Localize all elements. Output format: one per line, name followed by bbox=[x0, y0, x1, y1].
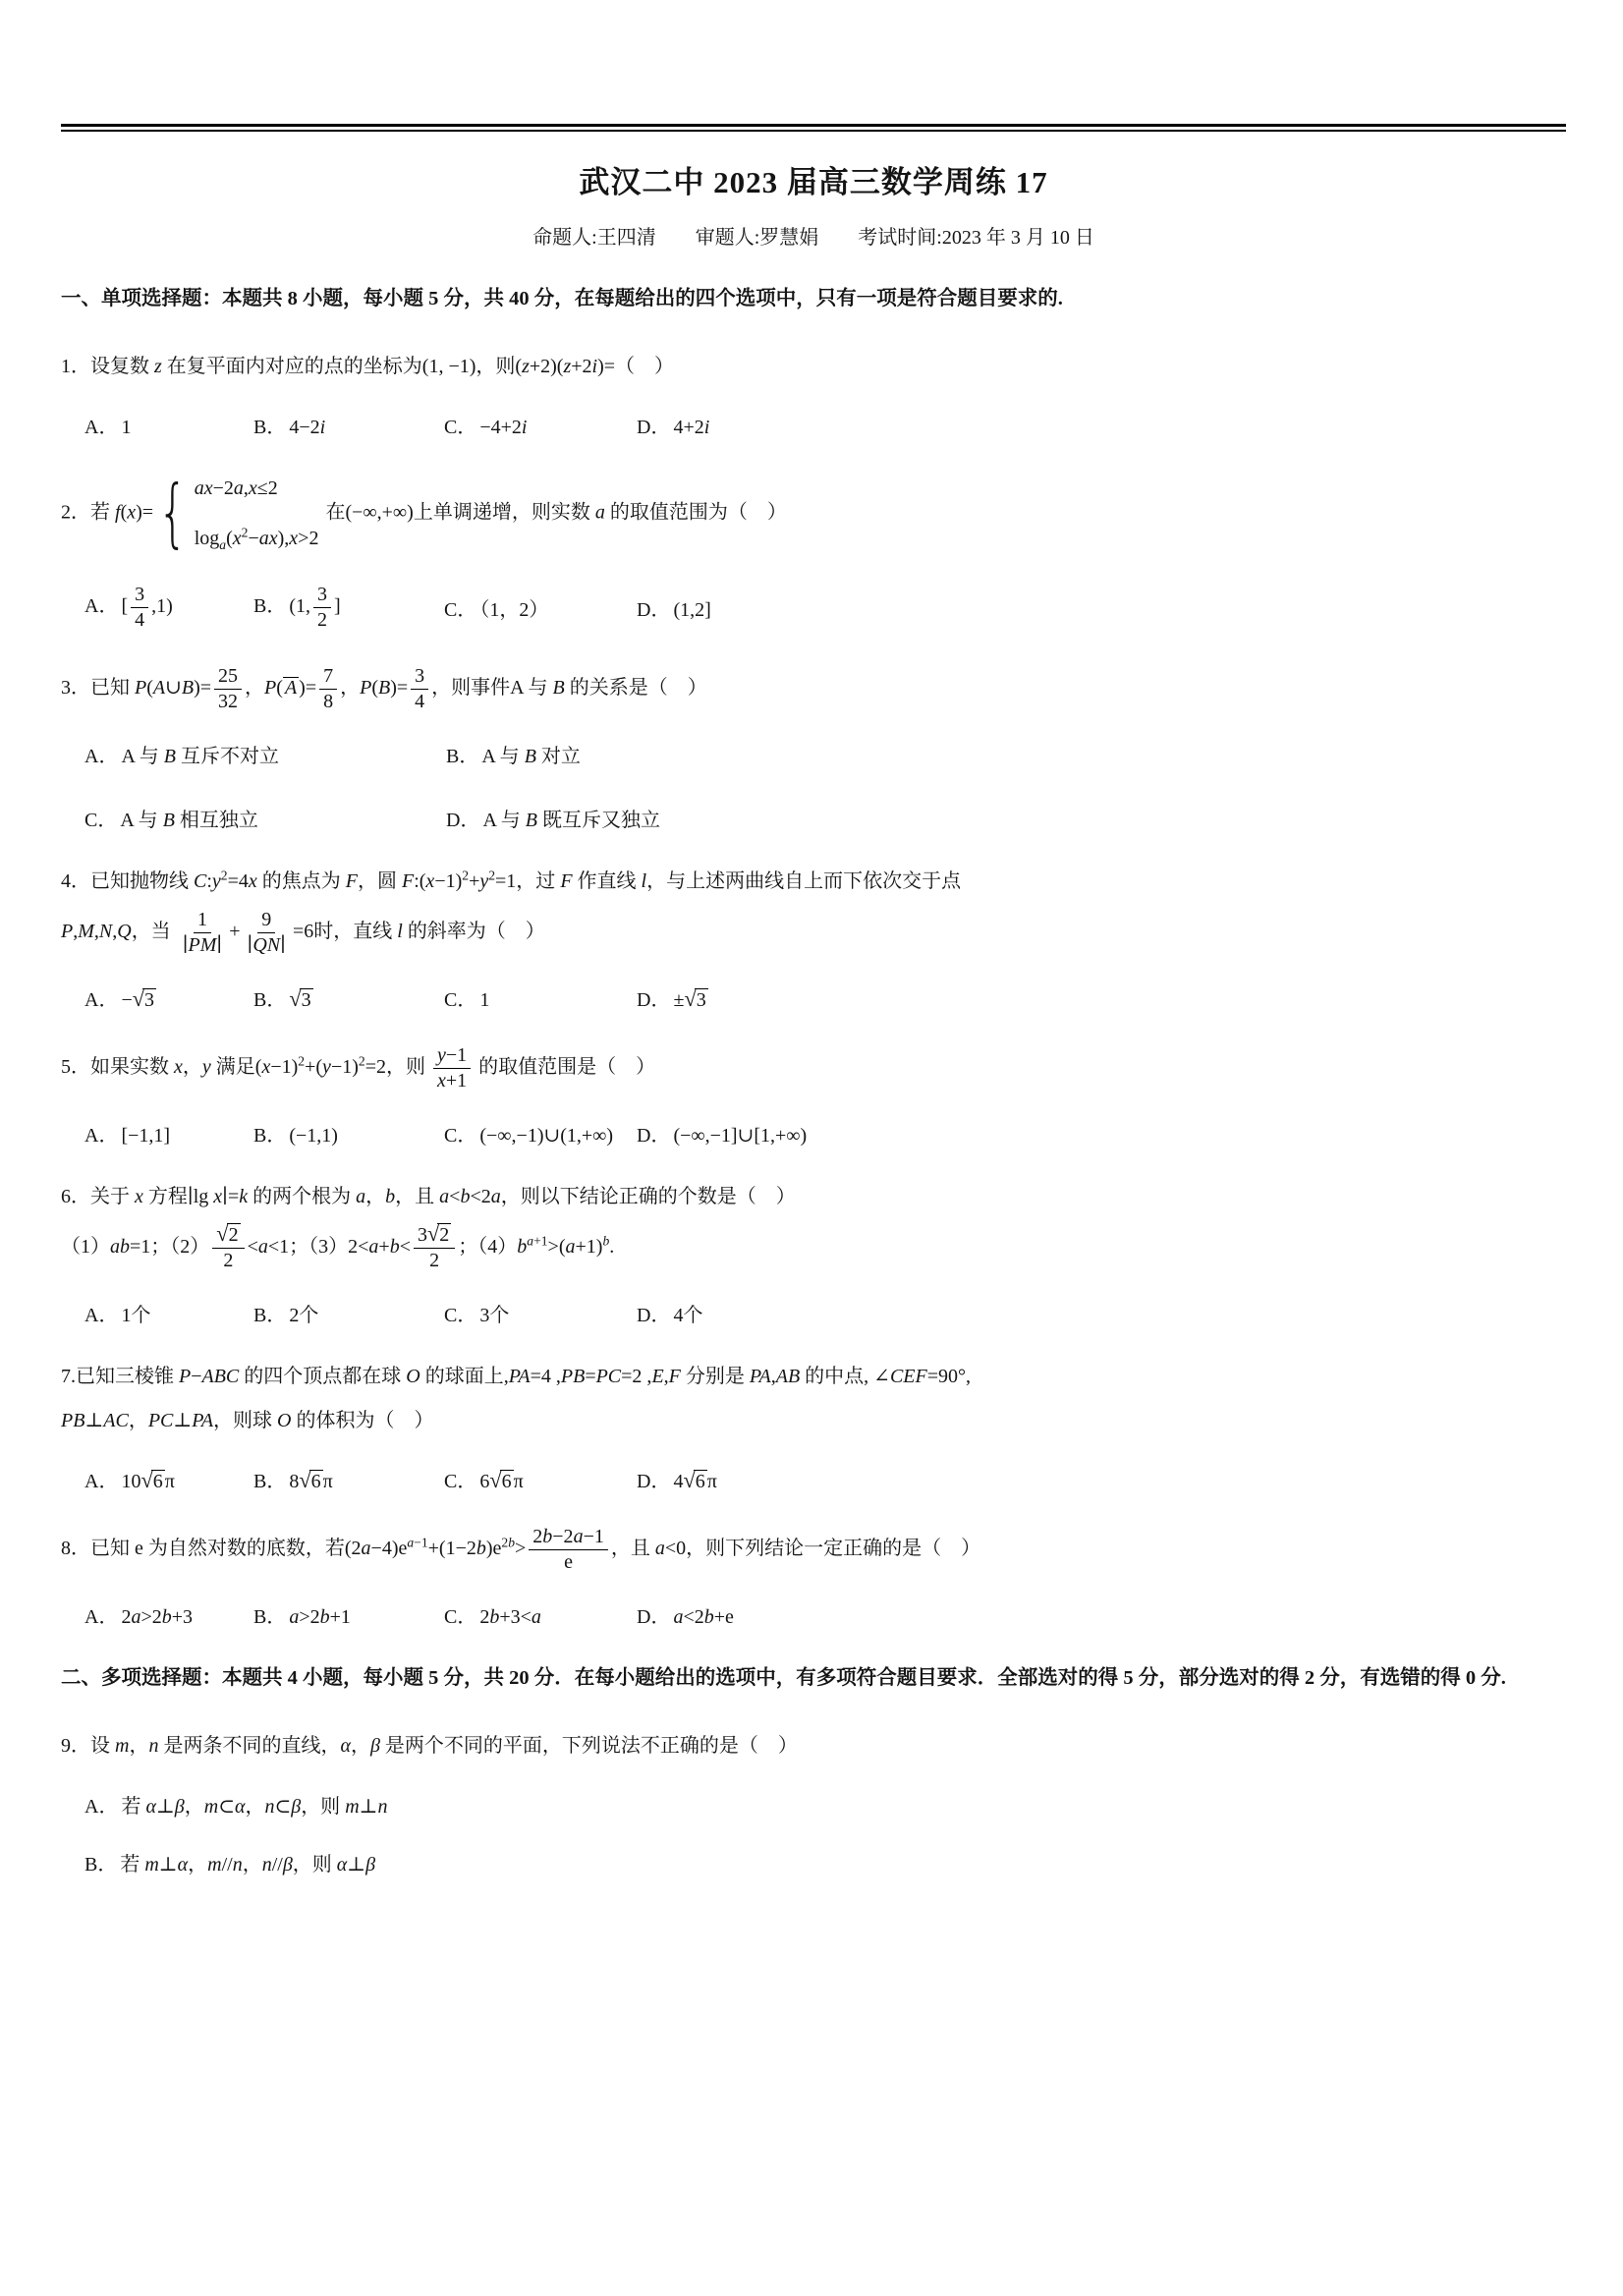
option-text: a>2b+1 bbox=[289, 1606, 351, 1628]
option-label: C． bbox=[444, 1606, 476, 1628]
option-label: A． bbox=[84, 1471, 118, 1492]
question-4-options: A．−√3 B．√3 C．1 D．±√3 bbox=[61, 983, 1566, 1012]
option-text: √3 bbox=[289, 989, 312, 1011]
question-2-option-b: B．(1,32] bbox=[253, 583, 444, 633]
question-3-option-c: C．A 与 B 相互独立 bbox=[84, 804, 446, 832]
question-6-option-d: D．4个 bbox=[637, 1299, 1566, 1327]
question-3-options: A．A 与 B 互斥不对立 B．A 与 B 对立 C．A 与 B 相互独立 D．… bbox=[61, 740, 1566, 832]
option-label: D． bbox=[637, 1125, 670, 1147]
option-label: A． bbox=[84, 1305, 118, 1326]
question-6-stem-line-1: 6．关于 x 方程∣lg x∣=k 的两个根为 a，b，且 a<b<2a，则以下… bbox=[61, 1179, 1566, 1215]
option-text: 1 bbox=[121, 417, 131, 438]
option-text: (−∞,−1]∪[1,+∞) bbox=[673, 1125, 807, 1147]
option-label: C． bbox=[444, 1125, 476, 1147]
question-4-stem-line-1: 4．已知抛物线 C:y2=4x 的焦点为 F，圆 F:(x−1)2+y2=1，过… bbox=[61, 864, 1566, 900]
option-text: 4+2i bbox=[673, 417, 709, 438]
byline: 命题人:王四清 审题人:罗慧娟 考试时间:2023 年 3 月 10 日 bbox=[61, 221, 1566, 250]
question-1-options: A．1 B．4−2i C．−4+2i D．4+2i bbox=[61, 411, 1566, 439]
option-label: A． bbox=[84, 1606, 118, 1628]
option-text: 6√6π bbox=[479, 1471, 523, 1492]
option-text: 4个 bbox=[673, 1305, 702, 1326]
question-1: 1．设复数 z 在复平面内对应的点的坐标为(1, −1)，则(z+2)(z+2i… bbox=[61, 349, 1566, 439]
option-text: A 与 B 互斥不对立 bbox=[121, 746, 279, 767]
question-6-options: A．1个 B．2个 C．3个 D．4个 bbox=[61, 1299, 1566, 1327]
question-9-stem: 9．设 m，n 是两条不同的直线，α，β 是两个不同的平面，下列说法不正确的是（… bbox=[61, 1728, 1566, 1764]
option-text: A 与 B 相互独立 bbox=[120, 810, 258, 831]
option-text: ±√3 bbox=[673, 989, 707, 1011]
question-7-options: A．10√6π B．8√6π C．6√6π D．4√6π bbox=[61, 1465, 1566, 1493]
question-1-option-b: B．4−2i bbox=[253, 411, 444, 439]
question-4: 4．已知抛物线 C:y2=4x 的焦点为 F，圆 F:(x−1)2+y2=1，过… bbox=[61, 864, 1566, 1012]
question-1-option-d: D．4+2i bbox=[637, 411, 1566, 439]
option-label: B． bbox=[253, 417, 286, 438]
question-1-stem: 1．设复数 z 在复平面内对应的点的坐标为(1, −1)，则(z+2)(z+2i… bbox=[61, 349, 1566, 385]
option-label: B． bbox=[253, 1606, 286, 1628]
question-7-stem-line-2: PB⊥AC，PC⊥PA，则球 O 的体积为（ ） bbox=[61, 1403, 1566, 1439]
question-8-options: A．2a>2b+3 B．a>2b+1 C．2b+3<a D．a<2b+e bbox=[61, 1600, 1566, 1629]
option-text: −4+2i bbox=[479, 417, 527, 438]
question-4-option-d: D．±√3 bbox=[637, 983, 1566, 1012]
question-9-option-a: A．若 α⊥β，m⊂α，n⊂β，则 m⊥n bbox=[84, 1790, 1566, 1819]
header-double-rule bbox=[61, 124, 1566, 132]
question-3-stem: 3．已知 P(A∪B)=2532，P(A)=78，P(B)=34，则事件A 与 … bbox=[61, 664, 1566, 714]
question-6: 6．关于 x 方程∣lg x∣=k 的两个根为 a，b，且 a<b<2a，则以下… bbox=[61, 1179, 1566, 1327]
option-text: 4−2i bbox=[289, 417, 325, 438]
option-text: 4√6π bbox=[673, 1471, 716, 1492]
option-label: C． bbox=[444, 1305, 476, 1326]
option-label: B． bbox=[446, 746, 478, 767]
page-title: 武汉二中 2023 届高三数学周练 17 bbox=[61, 157, 1566, 201]
question-6-stem-line-2: （1）ab=1；（2）√22<a<1；（3）2<a+b<3√22；（4）ba+1… bbox=[61, 1223, 1566, 1273]
question-7: 7.已知三棱锥 P−ABC 的四个顶点都在球 O 的球面上,PA=4 ,PB=P… bbox=[61, 1359, 1566, 1493]
option-label: B． bbox=[253, 989, 286, 1011]
option-label: A． bbox=[84, 989, 118, 1011]
question-7-option-b: B．8√6π bbox=[253, 1465, 444, 1493]
option-text: 2个 bbox=[289, 1305, 318, 1326]
question-5-stem: 5．如果实数 x，y 满足(x−1)2+(y−1)2=2，则 y−1x+1 的取… bbox=[61, 1043, 1566, 1093]
question-3: 3．已知 P(A∪B)=2532，P(A)=78，P(B)=34，则事件A 与 … bbox=[61, 664, 1566, 832]
exam-page: 武汉二中 2023 届高三数学周练 17 命题人:王四清 审题人:罗慧娟 考试时… bbox=[0, 124, 1623, 1876]
option-label: B． bbox=[253, 1125, 286, 1147]
option-text: 1个 bbox=[121, 1305, 150, 1326]
question-1-option-a: A．1 bbox=[84, 411, 253, 439]
question-2-option-a: A．[34,1) bbox=[84, 583, 253, 633]
option-text: (1,32] bbox=[289, 595, 340, 617]
option-text: (−∞,−1)∪(1,+∞) bbox=[479, 1125, 613, 1147]
question-2-options: A．[34,1) B．(1,32] C．（1，2） D．(1,2] bbox=[61, 583, 1566, 633]
question-2-option-c: C．（1，2） bbox=[444, 593, 637, 622]
question-4-option-a: A．−√3 bbox=[84, 983, 253, 1012]
section-1-heading: 一、单项选择题：本题共 8 小题，每小题 5 分，共 40 分，在每题给出的四个… bbox=[61, 281, 1566, 317]
option-label: A． bbox=[84, 746, 118, 767]
section-2-heading: 二、多项选择题：本题共 4 小题，每小题 5 分，共 20 分．在每小题给出的选… bbox=[61, 1660, 1566, 1697]
question-6-option-a: A．1个 bbox=[84, 1299, 253, 1327]
option-label: D． bbox=[637, 417, 670, 438]
option-text: (1,2] bbox=[673, 599, 710, 621]
option-text: A 与 B 既互斥又独立 bbox=[482, 810, 660, 831]
question-4-stem-line-2: P,M,N,Q，当 1∣PM∣+9∣QN∣=6时，直线 l 的斜率为（ ） bbox=[61, 908, 1566, 958]
option-text: (−1,1) bbox=[289, 1125, 338, 1147]
question-5-option-b: B．(−1,1) bbox=[253, 1119, 444, 1148]
option-text: 若 α⊥β，m⊂α，n⊂β，则 m⊥n bbox=[121, 1796, 387, 1818]
question-7-option-c: C．6√6π bbox=[444, 1465, 637, 1493]
option-label: A． bbox=[84, 1796, 118, 1818]
question-3-option-d: D．A 与 B 既互斥又独立 bbox=[446, 804, 1566, 832]
option-label: D． bbox=[637, 599, 670, 621]
question-8-option-d: D．a<2b+e bbox=[637, 1600, 1566, 1629]
question-1-option-c: C．−4+2i bbox=[444, 411, 637, 439]
question-2-option-d: D．(1,2] bbox=[637, 593, 1566, 622]
option-text: 8√6π bbox=[289, 1471, 332, 1492]
question-8-stem: 8．已知 e 为自然对数的底数，若(2a−4)ea−1+(1−2b)e2b>2b… bbox=[61, 1525, 1566, 1575]
question-4-option-b: B．√3 bbox=[253, 983, 444, 1012]
option-label: A． bbox=[84, 1125, 118, 1147]
question-8-option-b: B．a>2b+1 bbox=[253, 1600, 444, 1629]
question-3-option-a: A．A 与 B 互斥不对立 bbox=[84, 740, 446, 768]
question-5: 5．如果实数 x，y 满足(x−1)2+(y−1)2=2，则 y−1x+1 的取… bbox=[61, 1043, 1566, 1148]
option-label: B． bbox=[253, 1305, 286, 1326]
question-6-option-c: C．3个 bbox=[444, 1299, 637, 1327]
question-4-option-c: C．1 bbox=[444, 983, 637, 1012]
question-5-options: A．[−1,1] B．(−1,1) C．(−∞,−1)∪(1,+∞) D．(−∞… bbox=[61, 1119, 1566, 1148]
question-5-option-c: C．(−∞,−1)∪(1,+∞) bbox=[444, 1119, 637, 1148]
option-label: C． bbox=[444, 989, 476, 1011]
option-text: −√3 bbox=[121, 989, 156, 1011]
option-label: C． bbox=[84, 810, 117, 831]
question-8: 8．已知 e 为自然对数的底数，若(2a−4)ea−1+(1−2b)e2b>2b… bbox=[61, 1525, 1566, 1629]
option-label: B． bbox=[84, 1854, 117, 1876]
question-7-option-a: A．10√6π bbox=[84, 1465, 253, 1493]
option-label: D． bbox=[637, 1305, 670, 1326]
option-text: 10√6π bbox=[121, 1471, 174, 1492]
question-5-option-a: A．[−1,1] bbox=[84, 1119, 253, 1148]
option-label: C． bbox=[444, 599, 476, 621]
question-2-stem: 2．若 f(x)={ax−2a,x≤2loga(x2−ax),x>2 在(−∞,… bbox=[61, 471, 1566, 557]
option-text: 3个 bbox=[479, 1305, 509, 1326]
option-text: A 与 B 对立 bbox=[481, 746, 581, 767]
option-label: D． bbox=[637, 1471, 670, 1492]
option-label: B． bbox=[253, 1471, 286, 1492]
option-text: （1，2） bbox=[479, 599, 548, 621]
option-label: D． bbox=[637, 989, 670, 1011]
question-2: 2．若 f(x)={ax−2a,x≤2loga(x2−ax),x>2 在(−∞,… bbox=[61, 471, 1566, 633]
question-9: 9．设 m，n 是两条不同的直线，α，β 是两个不同的平面，下列说法不正确的是（… bbox=[61, 1728, 1566, 1876]
option-text: 若 m⊥α，m//n，n//β，则 α⊥β bbox=[120, 1854, 375, 1876]
option-text: [34,1) bbox=[121, 595, 172, 617]
question-3-option-b: B．A 与 B 对立 bbox=[446, 740, 1566, 768]
option-text: 1 bbox=[479, 989, 489, 1011]
option-label: D． bbox=[446, 810, 479, 831]
question-8-option-c: C．2b+3<a bbox=[444, 1600, 637, 1629]
option-text: 2b+3<a bbox=[479, 1606, 541, 1628]
option-text: [−1,1] bbox=[121, 1125, 170, 1147]
option-label: C． bbox=[444, 417, 476, 438]
question-5-option-d: D．(−∞,−1]∪[1,+∞) bbox=[637, 1119, 1566, 1148]
question-8-option-a: A．2a>2b+3 bbox=[84, 1600, 253, 1629]
option-label: A． bbox=[84, 417, 118, 438]
question-7-stem-line-1: 7.已知三棱锥 P−ABC 的四个顶点都在球 O 的球面上,PA=4 ,PB=P… bbox=[61, 1359, 1566, 1395]
option-label: D． bbox=[637, 1606, 670, 1628]
option-label: B． bbox=[253, 595, 286, 617]
option-text: a<2b+e bbox=[673, 1606, 733, 1628]
question-7-option-d: D．4√6π bbox=[637, 1465, 1566, 1493]
option-text: 2a>2b+3 bbox=[121, 1606, 193, 1628]
question-6-option-b: B．2个 bbox=[253, 1299, 444, 1327]
option-label: A． bbox=[84, 595, 118, 617]
option-label: C． bbox=[444, 1471, 476, 1492]
question-9-options: A．若 α⊥β，m⊂α，n⊂β，则 m⊥n B．若 m⊥α，m//n，n//β，… bbox=[61, 1790, 1566, 1876]
question-9-option-b: B．若 m⊥α，m//n，n//β，则 α⊥β bbox=[84, 1848, 1566, 1876]
